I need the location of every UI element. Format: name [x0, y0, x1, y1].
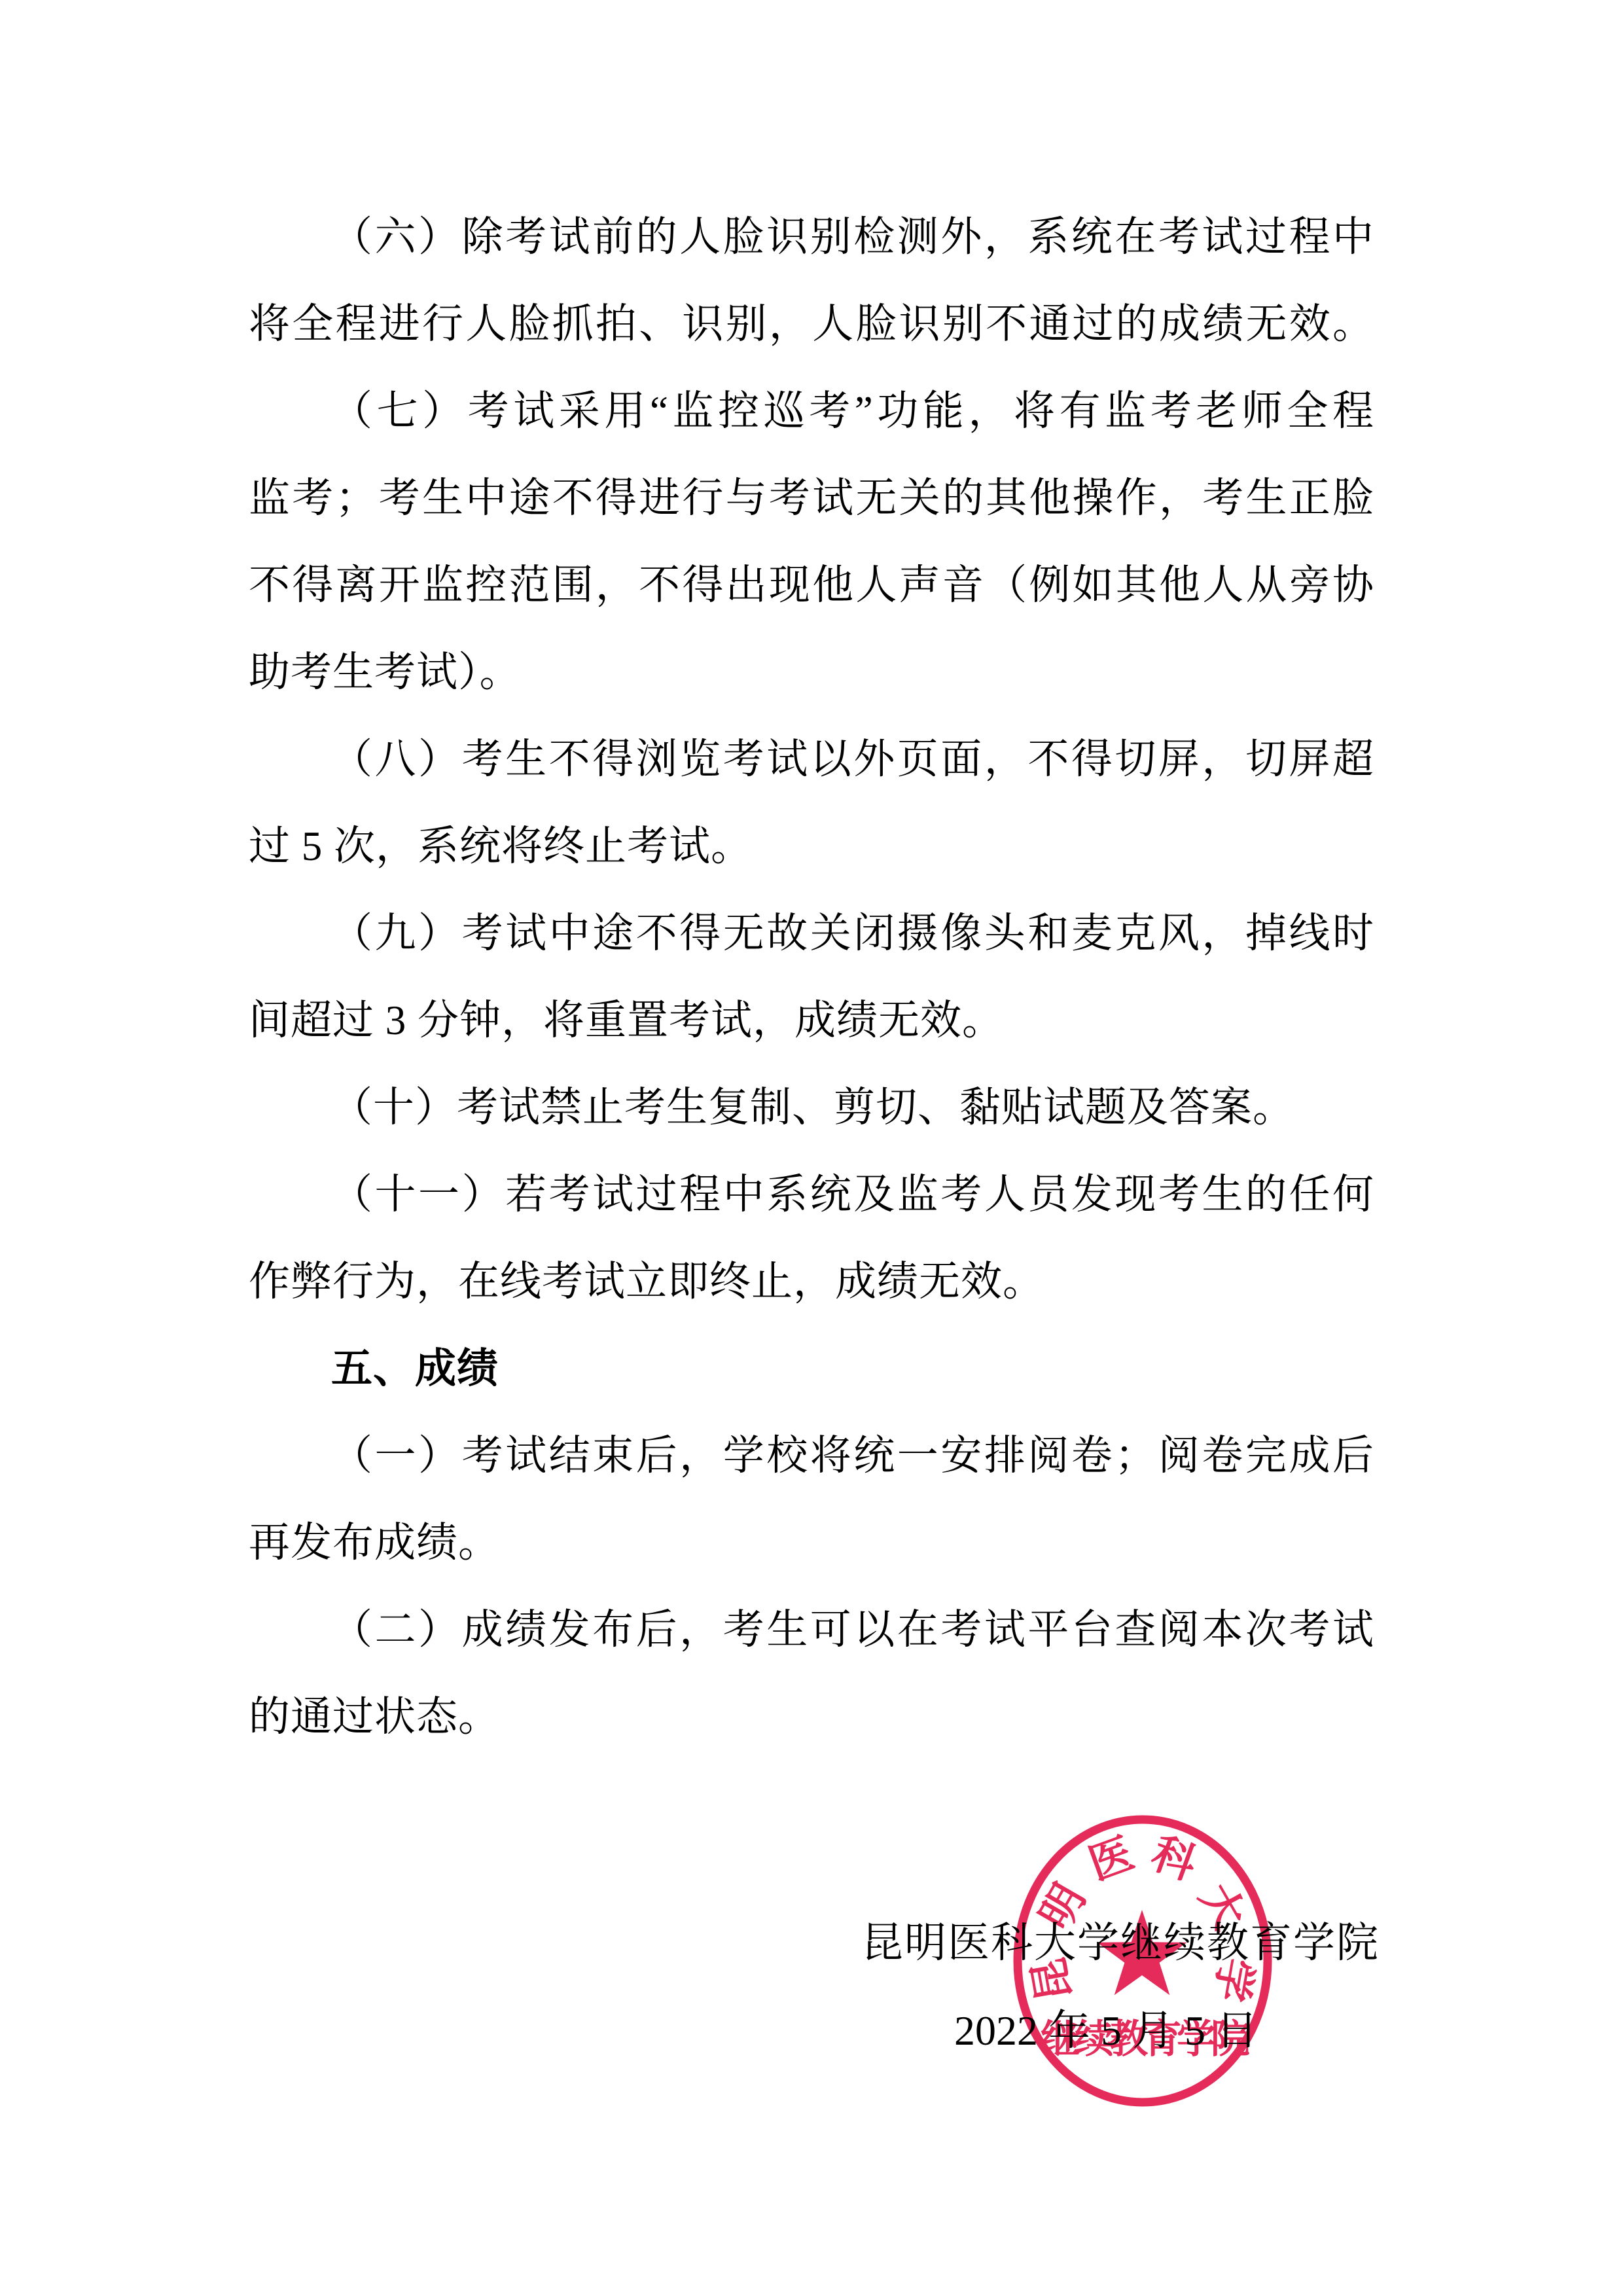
document-body: （六）除考试前的人脸识别检测外，系统在考试过程中将全程进行人脸抓拍、识别，人脸识…	[249, 194, 1374, 1761]
stamp-arc-char: 昆	[1025, 1954, 1079, 2005]
body-line: 将全程进行人脸抓拍、识别，人脸识别不通过的成绩无效。	[249, 281, 1374, 368]
body-line: （九）考试中途不得无故关闭摄像头和麦克风，掉线时	[249, 890, 1374, 977]
stamp-arc-char: 医	[1083, 1829, 1140, 1889]
body-line: 助考生考试）。	[249, 629, 1374, 716]
body-line: 作弊行为，在线考试立即终止，成绩无效。	[249, 1238, 1374, 1325]
stamp-arc-char: 学	[1205, 1954, 1260, 2005]
body-line: 再发布成绩。	[249, 1499, 1374, 1587]
body-line: 的通过状态。	[249, 1674, 1374, 1761]
body-line: （十）考试禁止考生复制、剪切、黏贴试题及答案。	[249, 1064, 1374, 1151]
body-line: （八）考生不得浏览考试以外页面，不得切屏，切屏超	[249, 716, 1374, 803]
body-line: 五、成绩	[249, 1325, 1374, 1412]
body-line: 不得离开监控范围，不得出现他人声音（例如其他人从旁协	[249, 542, 1374, 629]
body-line: （六）除考试前的人脸识别检测外，系统在考试过程中	[249, 194, 1374, 281]
body-line: （七）考试采用“监控巡考”功能，将有监考老师全程	[249, 368, 1374, 455]
star-icon	[1097, 1910, 1187, 1995]
body-line: （一）考试结束后，学校将统一安排阅卷；阅卷完成后	[249, 1412, 1374, 1499]
body-line: 过 5 次，系统将终止考试。	[249, 803, 1374, 890]
official-seal-stamp: 昆明医科大学 继续教育学院	[1012, 1814, 1276, 2108]
body-line: （十一）若考试过程中系统及监考人员发现考生的任何	[249, 1151, 1374, 1238]
stamp-arc-char: 科	[1145, 1829, 1202, 1889]
document-page: （六）除考试前的人脸识别检测外，系统在考试过程中将全程进行人脸抓拍、识别，人脸识…	[0, 0, 1623, 2296]
body-line: 监考；考生中途不得进行与考试无关的其他操作，考生正脸	[249, 455, 1374, 542]
body-line: （二）成绩发布后，考生可以在考试平台查阅本次考试	[249, 1587, 1374, 1674]
body-line: 间超过 3 分钟，将重置考试，成绩无效。	[249, 977, 1374, 1064]
stamp-bottom-text: 继续教育学院	[1041, 2018, 1250, 2061]
